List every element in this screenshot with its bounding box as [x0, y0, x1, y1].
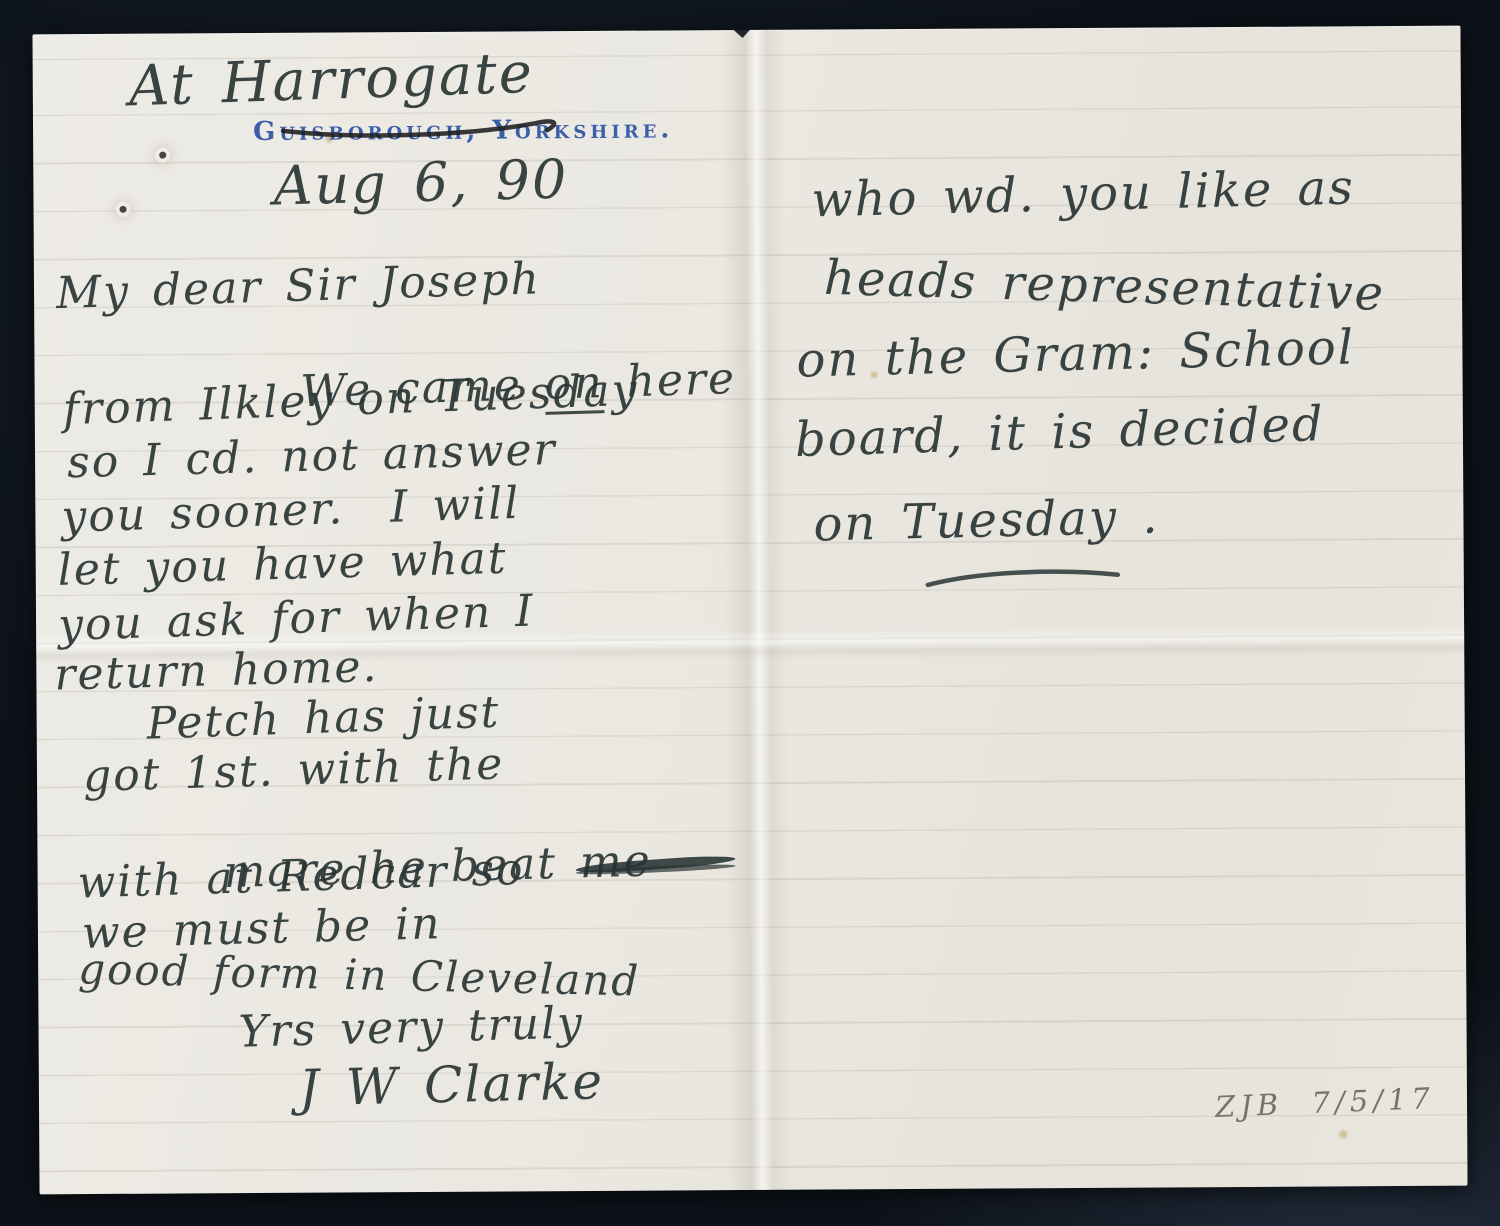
photo-background: At Harrogate Guisborough, Yorkshire. Aug…	[0, 0, 1500, 1226]
letter-paper: At Harrogate Guisborough, Yorkshire. Aug…	[32, 26, 1467, 1195]
pin-hole	[159, 152, 166, 159]
body-line: good form in Cleveland	[78, 948, 641, 1002]
body-line: board, it is decided	[794, 400, 1325, 464]
struck-out-word: me	[579, 837, 730, 885]
body-line: on the Gram: School	[796, 323, 1356, 384]
fold-top-notch	[730, 27, 752, 38]
pencil-archival-note: ZJB 7/5/17	[1215, 1084, 1436, 1122]
body-line: return home.	[54, 645, 379, 698]
valediction-line: Yrs very truly	[238, 1001, 584, 1054]
body-line: let you have what	[57, 537, 508, 593]
body-line: Petch has just	[146, 691, 501, 747]
handwritten-place: At Harrogate	[128, 46, 535, 116]
paper-stain	[1339, 1130, 1347, 1138]
signature-line: J W Clarke	[298, 1056, 604, 1113]
vertical-fold-crease	[720, 30, 791, 1190]
body-line: heads representative	[823, 254, 1385, 318]
body-line: on Tuesday .	[813, 492, 1160, 548]
salutation-line: My dear Sir Joseph	[55, 257, 541, 316]
handwritten-date: Aug 6, 90	[273, 153, 569, 214]
body-line: you sooner. I will	[61, 482, 521, 540]
body-line: with at Redcar so	[77, 848, 525, 906]
body-line: you ask for when I	[57, 590, 535, 649]
body-line: who wd. you like as	[811, 164, 1355, 225]
body-line: so I cd. not answer	[67, 428, 558, 485]
letterhead-strike-line	[277, 111, 587, 153]
pin-hole	[120, 206, 127, 213]
body-line: got 1st. with the	[82, 742, 505, 799]
tuesday-underline-flourish	[924, 564, 1124, 591]
